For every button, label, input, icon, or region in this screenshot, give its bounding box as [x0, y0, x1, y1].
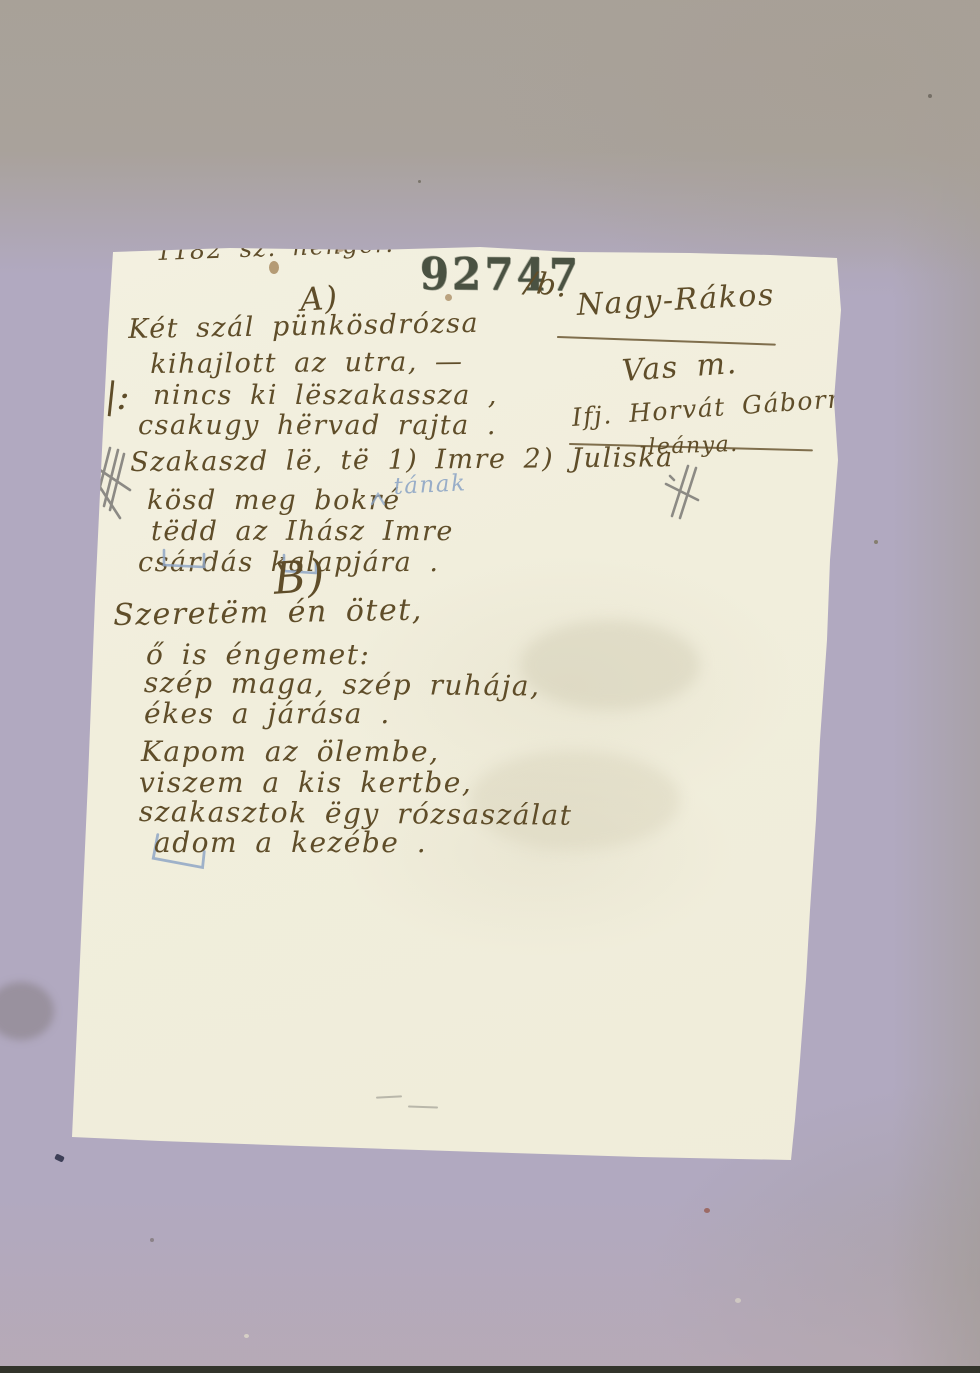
- verse-line: csakugy hërvad rajta .: [138, 412, 497, 439]
- paper-speck: [244, 1334, 249, 1338]
- paper-speck: [418, 180, 421, 183]
- scanned-album-page: 1182 sz. henger. 92747 /b. A) Nagy-Rákos…: [0, 0, 980, 1373]
- county-name: Vas m.: [621, 349, 739, 387]
- paper-speck: [735, 1298, 741, 1303]
- manuscript-paper: 1182 sz. henger. 92747 /b. A) Nagy-Rákos…: [0, 0, 980, 1373]
- repeat-mark: ||:: [91, 377, 131, 417]
- stamp-suffix-note: /b.: [523, 268, 570, 303]
- verse-line: Szeretëm én ötet,: [113, 596, 423, 631]
- paper-speck: [874, 540, 878, 544]
- paper-speck: [54, 1153, 65, 1162]
- verse-line: Szakaszd lë, të 1) Imre 2) Juliska: [130, 444, 674, 476]
- ink-blot: [269, 261, 279, 274]
- informant-name: Ifj. Horvát Gáborné: [571, 385, 862, 430]
- verse-line: kösd meg bokré: [147, 487, 401, 514]
- verse-line: szakasztok ëgy rózsaszálat: [139, 798, 573, 830]
- verse-line: Kapom az ölembe,: [141, 738, 440, 766]
- verse-line: nincs ki lëszakassza ,: [153, 382, 498, 409]
- place-underline: [557, 336, 776, 346]
- verse-line: adom a kezébe .: [154, 829, 427, 857]
- ink-showthrough: [520, 620, 700, 710]
- verse-line: kihajlott az utra, —: [150, 348, 464, 378]
- fingerprint-smudge: [0, 982, 54, 1040]
- verse-line: viszem a kis kertbe,: [139, 769, 472, 797]
- paper-speck: [928, 94, 932, 98]
- verse-line: Két szál pünkösdrózsa: [128, 310, 479, 343]
- blue-caret-mark: [370, 492, 386, 506]
- cylinder-number-note: 1182 sz. henger.: [156, 232, 395, 264]
- paper-speck: [704, 1208, 710, 1213]
- scan-edge-shadow: [0, 1366, 980, 1373]
- verse-line: szép maga, szép ruhája,: [144, 669, 541, 700]
- blue-bracket-mark: [160, 548, 210, 570]
- blue-pencil-insertion: tának: [393, 472, 467, 499]
- faint-pencil-dash: [408, 1105, 438, 1108]
- verse-line: ő is éngemet:: [146, 641, 370, 669]
- paper-speck: [150, 1238, 154, 1242]
- faint-pencil-dash: [376, 1095, 402, 1098]
- verse-line: ékes a járása .: [144, 700, 391, 728]
- verse-line: tëdd az Ihász Imre: [151, 518, 454, 545]
- place-name: Nagy-Rákos: [576, 281, 776, 321]
